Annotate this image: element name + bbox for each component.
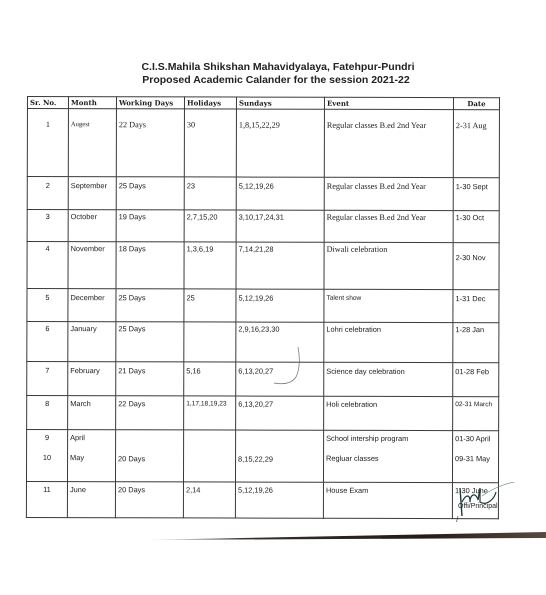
cell-date: 1-30 Sept xyxy=(453,178,499,211)
cell-month: June xyxy=(67,482,115,518)
cell-month: December xyxy=(68,289,116,322)
cell-date-may: 09-31 May xyxy=(455,454,496,463)
cell-month: September xyxy=(68,177,116,210)
calendar-subtitle: Proposed Academic Calander for the sessi… xyxy=(3,74,546,86)
cell-holidays: 2,7,15,20 xyxy=(184,210,236,242)
cell-sr: 1 xyxy=(27,109,68,177)
table-row: 2 September 25 Days 23 5,12,19,26 Regula… xyxy=(27,177,499,211)
table-row: 7 February 21 Days 5,16 6,13,20,27 Scien… xyxy=(27,362,499,397)
cell-working-days: 25 Days xyxy=(116,289,184,322)
cell-event: Regular classes B.ed 2nd Year xyxy=(324,177,453,210)
col-header-event: Event xyxy=(324,97,453,109)
cell-month: November xyxy=(68,242,116,289)
col-header-sundays: Sundays xyxy=(236,97,324,109)
table-row: 4 November 18 Days 1,3,6,19 7,14,21,28 D… xyxy=(27,242,499,290)
cell-date: 01-28 Feb xyxy=(453,363,499,397)
table-row: 3 October 19 Days 2,7,15,20 3,10,17,24,3… xyxy=(27,210,499,243)
cell-date: 1-28 Jan xyxy=(453,323,499,363)
cell-working-days: 21 Days xyxy=(116,362,184,396)
cell-event: Talent show xyxy=(324,289,453,322)
cell-event-april: School intership program xyxy=(326,434,450,443)
cell-sr: 11 xyxy=(26,482,67,518)
cell-sundays: 5,12,19,26 xyxy=(235,482,323,518)
col-header-working-days: Working Days xyxy=(116,97,184,109)
academic-calendar-table: Sr. No. Month Working Days Holidays Sund… xyxy=(26,96,500,519)
cell-month: February xyxy=(68,362,116,396)
cell-sundays: 3,10,17,24,31 xyxy=(236,210,324,242)
cell-holidays xyxy=(184,322,236,362)
cell-date: 2-30 Nov xyxy=(453,243,499,290)
cell-date: 1-30 Oct xyxy=(453,211,499,243)
col-header-month: Month xyxy=(68,97,116,109)
cell-event-may: Regluar classes xyxy=(326,454,450,463)
cell-sundays: 6,13,20,27 xyxy=(236,396,324,430)
cell-sr: 4 xyxy=(27,242,68,289)
cell-sundays: 5,12,19,26 xyxy=(236,289,324,322)
cell-holidays: 25 xyxy=(184,289,236,322)
cell-holidays: 30 xyxy=(184,109,236,177)
cell-sundays: 5,12,19,26 xyxy=(236,177,324,210)
cell-event: School intership program Regluar classes xyxy=(323,430,452,482)
col-header-holidays: Holidays xyxy=(184,97,236,109)
cell-working-days: 25 Days xyxy=(116,177,184,210)
cell-sundays-may: 8,15,22,29 xyxy=(238,455,321,464)
cell-event: House Exam xyxy=(323,482,452,518)
cell-holidays: 23 xyxy=(184,177,236,210)
cell-holidays: 2,14 xyxy=(183,482,235,518)
cell-date-april: 01-30 April xyxy=(455,434,496,443)
cell-holidays xyxy=(183,430,235,482)
institution-title: C.I.S.Mahila Shikshan Mahavidyalaya, Fat… xyxy=(5,61,546,73)
cell-sr: 5 xyxy=(27,289,68,322)
cell-event: Lohri celebration xyxy=(324,322,453,362)
cell-holidays: 1,3,6,19 xyxy=(184,242,236,289)
principal-signature-label: Offi/Principal xyxy=(458,503,498,510)
table-row: 11 June 20 Days 2,14 5,12,19,26 House Ex… xyxy=(26,482,498,519)
cell-holidays: 1,17,18,19,23 xyxy=(184,396,236,430)
table-row: 5 December 25 Days 25 5,12,19,26 Talent … xyxy=(27,289,499,323)
cell-sr: 3 xyxy=(27,210,68,242)
cell-event: Holi celebration xyxy=(324,396,453,430)
cell-working-days: 20 Days xyxy=(115,430,183,482)
cell-date: 02-31 March xyxy=(453,397,499,431)
page-edge-divider xyxy=(0,530,546,540)
cell-holidays: 5,16 xyxy=(184,362,236,396)
cell-sr: 8 xyxy=(27,396,68,430)
cell-working-days: 22 Days xyxy=(116,396,184,430)
cell-month: Augest xyxy=(68,109,116,177)
cell-sundays: 2,9,16,23,30 xyxy=(236,322,324,362)
cell-sundays: 6,13,20,27 xyxy=(236,362,324,396)
cell-sr: 9 10 xyxy=(26,430,67,482)
table-row: 8 March 22 Days 1,17,18,19,23 6,13,20,27… xyxy=(27,396,499,431)
cell-month: March xyxy=(68,396,116,430)
cell-working-days-may: 20 Days xyxy=(118,454,181,463)
cell-working-days: 25 Days xyxy=(116,322,184,362)
cell-working-days: 19 Days xyxy=(116,210,184,242)
cell-date: 2-31 Aug xyxy=(453,110,499,178)
cell-sr: 7 xyxy=(27,362,68,396)
cell-event: Regular classes B.ed 2nd Year xyxy=(324,109,453,177)
table-row: 1 Augest 22 Days 30 1,8,15,22,29 Regular… xyxy=(27,109,499,178)
col-header-date: Date xyxy=(453,98,499,110)
cell-event: Science day celebration xyxy=(324,362,453,396)
cell-month: October xyxy=(68,210,116,242)
cell-event: Diwali celebration xyxy=(324,242,453,289)
cell-sundays: 7,14,21,28 xyxy=(236,242,324,289)
cell-sundays: 1,8,15,22,29 xyxy=(236,109,324,177)
cell-date: 1-31 Dec xyxy=(453,290,499,323)
cell-sr-may: 10 xyxy=(29,453,65,462)
table-row-merged-april-may: 9 10 April May 20 Days 8,15,22,29 School… xyxy=(26,430,498,483)
cell-working-days: 20 Days xyxy=(115,482,183,518)
cell-working-days: 22 Days xyxy=(116,109,184,177)
cell-month: April May xyxy=(67,430,115,482)
signature-icon xyxy=(448,482,528,522)
cell-working-days: 18 Days xyxy=(116,242,184,289)
cell-sr: 2 xyxy=(27,177,68,210)
cell-month-may: May xyxy=(70,453,113,462)
cell-event: Regular classes B.ed 2nd Year xyxy=(324,210,453,242)
cell-month: January xyxy=(68,322,116,362)
table-row: 6 January 25 Days 2,9,16,23,30 Lohri cel… xyxy=(27,322,499,363)
cell-sr-april: 9 xyxy=(29,433,65,442)
cell-date: 01-30 April 09-31 May xyxy=(452,431,498,483)
cell-month-april: April xyxy=(70,433,113,442)
col-header-sr-no: Sr. No. xyxy=(27,97,68,109)
cell-sr: 6 xyxy=(27,322,68,362)
cell-sundays: 8,15,22,29 xyxy=(235,430,323,482)
